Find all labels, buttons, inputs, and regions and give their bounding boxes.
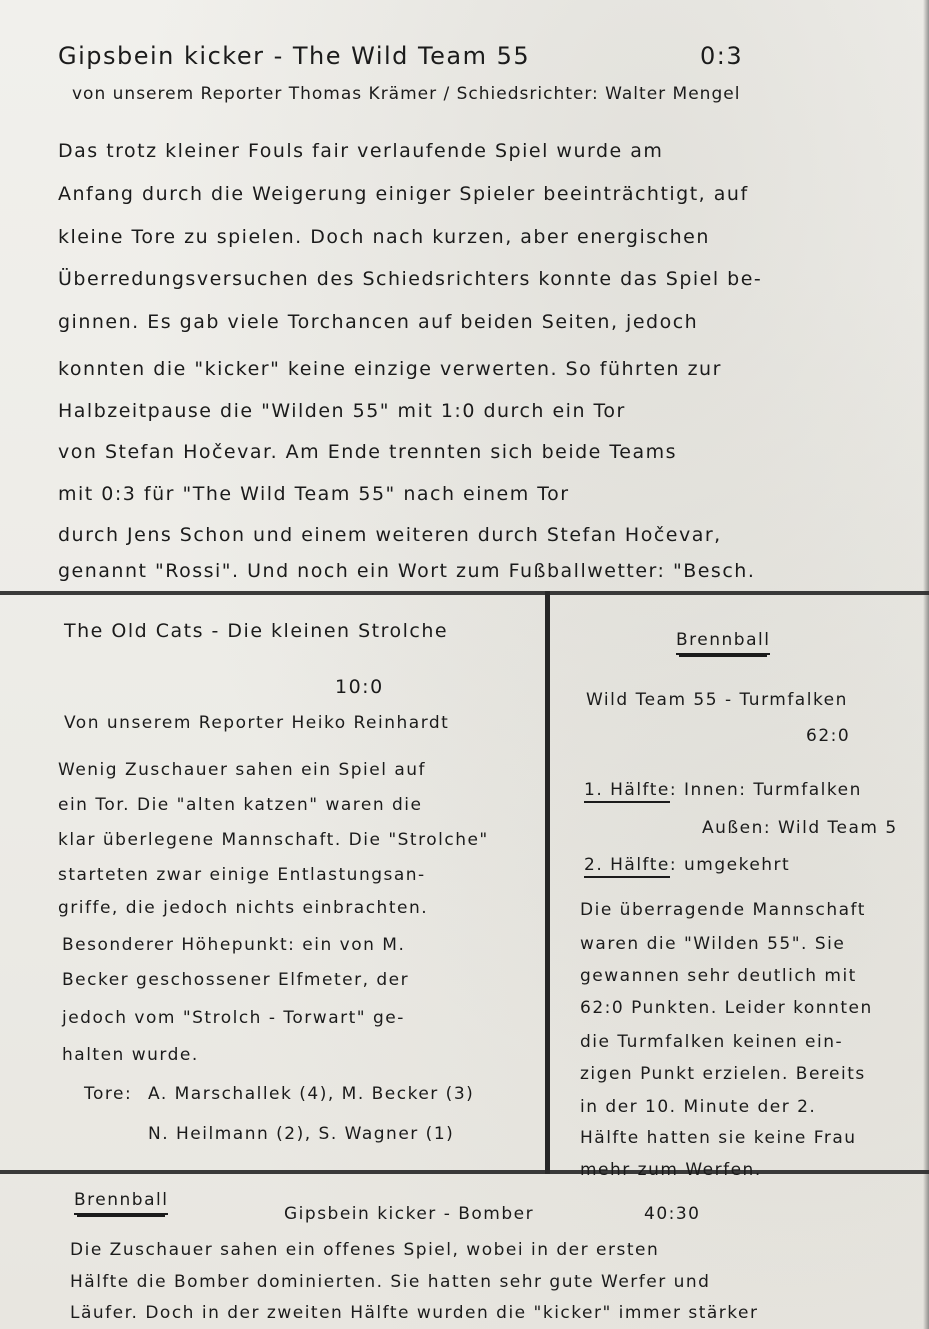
article1-line: von Stefan Hočevar. Am Ende trennten sic…	[58, 441, 677, 463]
article2-line: griffe, die jedoch nichts einbrachten.	[58, 898, 428, 918]
article1-headline: Gipsbein kicker - The Wild Team 55	[58, 42, 530, 70]
article3-half1: 1. Hälfte: Innen: Turmfalken	[584, 780, 862, 800]
article4-line: Hälfte die Bomber dominierten. Sie hatte…	[70, 1272, 710, 1292]
article2-line: halten wurde.	[62, 1045, 199, 1065]
article2-line: ein Tor. Die "alten katzen" waren die	[58, 795, 423, 815]
article2-line: starteten zwar einige Entlastungsan-	[58, 865, 426, 885]
article1-line: Das trotz kleiner Fouls fair verlaufende…	[58, 140, 663, 162]
article1-score: 0:3	[700, 42, 743, 70]
article3-half1-outer: Außen: Wild Team 5	[702, 818, 898, 838]
article2-line: Becker geschossener Elfmeter, der	[62, 970, 409, 990]
article2-line: jedoch vom "Strolch - Torwart" ge-	[62, 1008, 405, 1028]
article4-line: Die Zuschauer sahen ein offenes Spiel, w…	[70, 1240, 659, 1260]
article1-line: konnten die "kicker" keine einzige verwe…	[58, 358, 722, 380]
article3-half1-label: 1. Hälfte	[584, 780, 670, 803]
article2-line: klar überlegene Mannschaft. Die "Strolch…	[58, 830, 489, 850]
article2-score: 10:0	[335, 676, 384, 698]
article4-section-title: Brennball	[74, 1190, 168, 1215]
article3-headline: Wild Team 55 - Turmfalken	[586, 690, 848, 710]
page-edge-shadow	[923, 0, 929, 1329]
article1-line: ginnen. Es gab viele Torchancen auf beid…	[58, 311, 698, 333]
article1-line: durch Jens Schon und einem weiteren durc…	[58, 524, 722, 546]
article3-score: 62:0	[806, 726, 850, 746]
article3-half2-text: : umgekehrt	[670, 855, 790, 875]
article3-half2-label: 2. Hälfte	[584, 855, 670, 878]
article2-line: Besonderer Höhepunkt: ein von M.	[62, 935, 405, 955]
article2-goals-label: Tore:	[84, 1084, 132, 1104]
article4-line: Läufer. Doch in der zweiten Hälfte wurde…	[70, 1303, 758, 1323]
article3-line: zigen Punkt erzielen. Bereits	[580, 1064, 866, 1084]
article1-line: Überredungsversuchen des Schiedsrichters…	[58, 268, 762, 290]
article3-line: die Turmfalken keinen ein-	[580, 1032, 843, 1052]
article1-line: Halbzeitpause die "Wilden 55" mit 1:0 du…	[58, 400, 626, 422]
divider-vertical-middle	[545, 591, 550, 1174]
article2-byline: Von unserem Reporter Heiko Reinhardt	[64, 713, 449, 733]
article4-headline: Gipsbein kicker - Bomber	[284, 1204, 534, 1224]
article3-line: mehr zum Werfen.	[580, 1160, 762, 1180]
article1-line: Anfang durch die Weigerung einiger Spiel…	[58, 183, 749, 205]
article3-line: gewannen sehr deutlich mit	[580, 966, 857, 986]
article3-half2: 2. Hälfte: umgekehrt	[584, 855, 790, 875]
article2-headline: The Old Cats - Die kleinen Strolche	[64, 620, 448, 642]
article3-half1-inner: : Innen: Turmfalken	[670, 780, 862, 800]
article2-goals-line2: N. Heilmann (2), S. Wagner (1)	[148, 1124, 454, 1144]
article2-goals-line1: A. Marschallek (4), M. Becker (3)	[148, 1084, 474, 1104]
article1-line: kleine Tore zu spielen. Doch nach kurzen…	[58, 226, 710, 248]
article3-line: Hälfte hatten sie keine Frau	[580, 1128, 857, 1148]
divider-horizontal-bottom	[0, 1170, 929, 1174]
divider-horizontal-top	[0, 591, 929, 595]
article4-score: 40:30	[644, 1204, 701, 1224]
article1-line: mit 0:3 für "The Wild Team 55" nach eine…	[58, 483, 570, 505]
scanned-newsletter-page: Gipsbein kicker - The Wild Team 55 0:3 v…	[0, 0, 929, 1329]
article3-line: 62:0 Punkten. Leider konnten	[580, 998, 873, 1018]
article3-section-title: Brennball	[676, 630, 770, 655]
article3-line: Die überragende Mannschaft	[580, 900, 866, 920]
article3-line: waren die "Wilden 55". Sie	[580, 934, 845, 954]
article3-line: in der 10. Minute der 2.	[580, 1097, 816, 1117]
article1-line: genannt "Rossi". Und noch ein Wort zum F…	[58, 560, 755, 582]
article2-line: Wenig Zuschauer sahen ein Spiel auf	[58, 760, 426, 780]
article1-byline: von unserem Reporter Thomas Krämer / Sch…	[72, 84, 740, 104]
